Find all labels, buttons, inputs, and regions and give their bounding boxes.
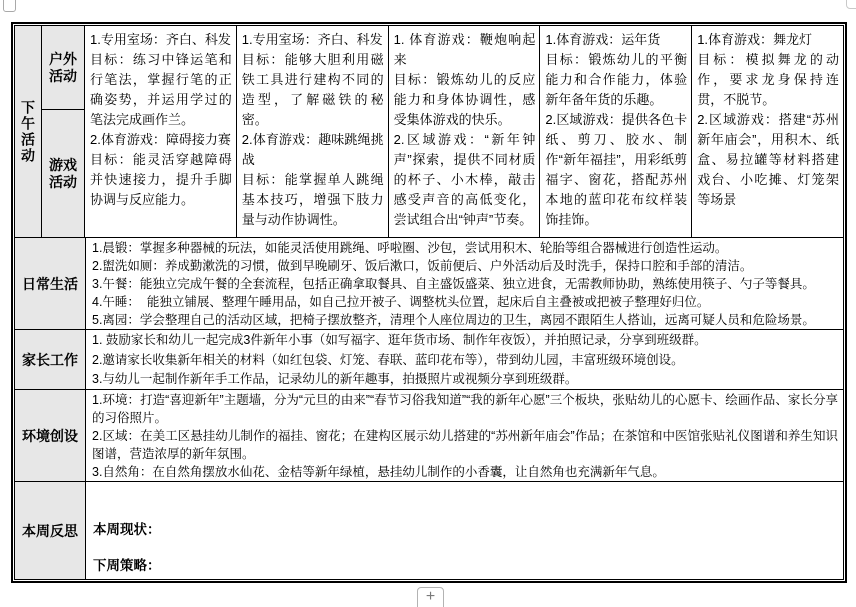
partial-widget-top-left: [3, 0, 16, 12]
reflection-next-week-strategy-label: 下周策略：: [93, 554, 837, 574]
add-button[interactable]: +: [417, 587, 444, 607]
row-afternoon-activities: 下午活动 户外活动 游戏活动 1.专用室场：齐白、科发 目标：练习中锋运笔和行笔…: [15, 26, 843, 238]
game-activity-label: 游戏活动: [48, 157, 78, 191]
outdoor-activity-label: 户外活动: [48, 51, 78, 85]
afternoon-column-friday[interactable]: 1.体育游戏：舞龙灯 目标：模拟舞龙的动作，要求龙身保持连贯，不脱节。 2.区域…: [692, 26, 843, 237]
partial-widget-top-right: [846, 0, 856, 9]
row-daily-life: 日常生活 1.晨锻：掌握多种器械的玩法，如能灵活使用跳绳、呼啦圈、沙包，尝试用积…: [15, 238, 843, 330]
daily-life-label: 日常生活: [22, 274, 78, 294]
afternoon-sublabels-column: 户外活动 游戏活动: [42, 26, 85, 237]
row-parent-work: 家长工作 1. 鼓励家长和幼儿一起完成3件新年小事（如写福字、逛年货市场、制作年…: [15, 330, 843, 390]
afternoon-column-monday[interactable]: 1.专用室场：齐白、科发 目标：练习中锋运笔和行笔法，掌握行笔的正确姿势，并运用…: [85, 26, 237, 237]
environment-label: 环境创设: [22, 426, 78, 446]
reflection-label: 本周反思: [22, 521, 78, 541]
afternoon-row-label-cell[interactable]: 下午活动: [15, 26, 42, 237]
document-page: 下午活动 户外活动 游戏活动 1.专用室场：齐白、科发 目标：练习中锋运笔和行笔…: [0, 0, 856, 607]
parent-work-content[interactable]: 1. 鼓励家长和幼儿一起完成3件新年小事（如写福字、逛年货市场、制作年夜饭），并…: [86, 330, 843, 389]
afternoon-column-tuesday[interactable]: 1.专用室场：齐白、科发 目标：能够大胆利用磁铁工具进行建构不同的造型，了解磁铁…: [237, 26, 389, 237]
environment-label-cell[interactable]: 环境创设: [15, 390, 86, 481]
outdoor-activity-label-cell[interactable]: 户外活动: [42, 26, 84, 110]
parent-work-label: 家长工作: [22, 350, 78, 370]
game-activity-label-cell[interactable]: 游戏活动: [42, 110, 84, 237]
parent-work-label-cell[interactable]: 家长工作: [15, 330, 86, 389]
afternoon-column-thursday[interactable]: 1.体育游戏：运年货 目标：锻炼幼儿的平衡能力和合作能力，体验新年备年货的乐趣。…: [540, 26, 692, 237]
weekly-plan-table: 下午活动 户外活动 游戏活动 1.专用室场：齐白、科发 目标：练习中锋运笔和行笔…: [11, 22, 847, 583]
afternoon-row-label: 下午活动: [18, 100, 38, 164]
reflection-content[interactable]: 本周现状： 下周策略：: [86, 482, 843, 579]
afternoon-column-wednesday[interactable]: 1. 体育游戏：鞭炮响起来 目标：锻炼幼儿的反应能力和身体协调性，感受集体游戏的…: [389, 26, 541, 237]
environment-content[interactable]: 1.环境：打造“喜迎新年”主题墙，分为“元旦的由来”“春节习俗我知道”“我的新年…: [86, 390, 843, 481]
plus-icon: +: [426, 588, 435, 605]
row-environment: 环境创设 1.环境：打造“喜迎新年”主题墙，分为“元旦的由来”“春节习俗我知道”…: [15, 390, 843, 482]
daily-life-label-cell[interactable]: 日常生活: [15, 238, 86, 329]
reflection-current-status-label: 本周现状：: [93, 518, 837, 538]
table-grid: 下午活动 户外活动 游戏活动 1.专用室场：齐白、科发 目标：练习中锋运笔和行笔…: [14, 25, 844, 580]
reflection-label-cell[interactable]: 本周反思: [15, 482, 86, 579]
row-reflection: 本周反思 本周现状： 下周策略：: [15, 482, 843, 579]
daily-life-content[interactable]: 1.晨锻：掌握多种器械的玩法，如能灵活使用跳绳、呼啦圈、沙包，尝试用积木、轮胎等…: [86, 238, 843, 329]
